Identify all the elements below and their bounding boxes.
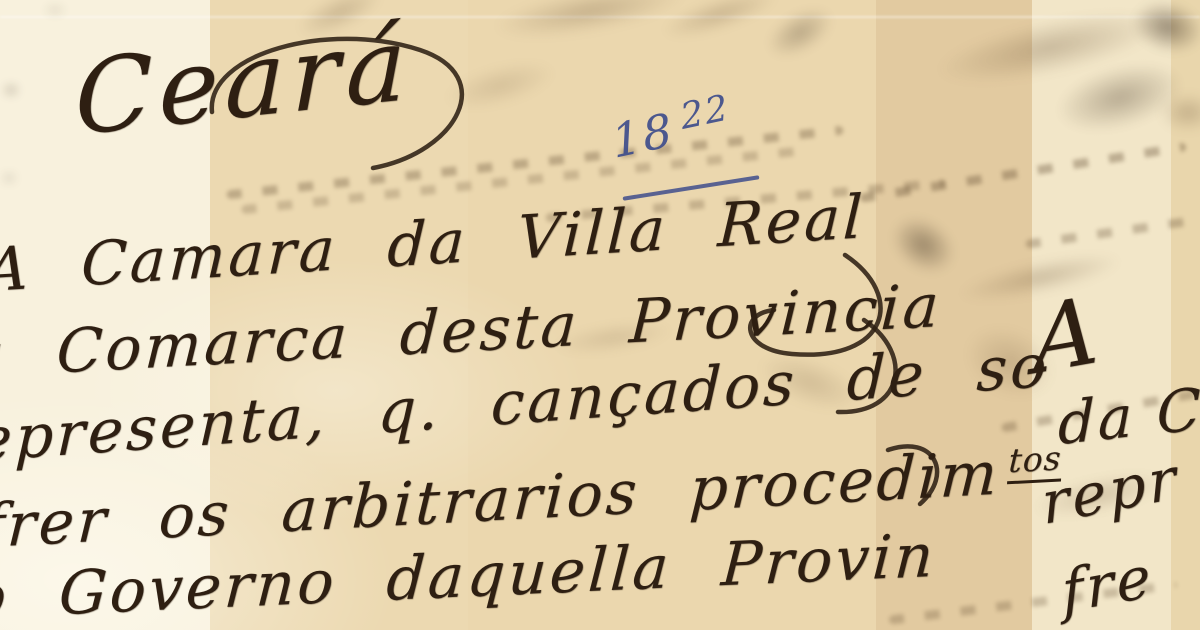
year-suffix: 22 bbox=[678, 87, 732, 138]
year-annotation: 1822 bbox=[608, 87, 735, 169]
ink-bleed-smudge bbox=[1148, 85, 1200, 140]
ink-bleed-smudge bbox=[632, 0, 807, 61]
ink-bleed-smudge bbox=[452, 0, 728, 63]
edge-ink-speck bbox=[0, 172, 18, 184]
right-page-fragment-1: A bbox=[1028, 276, 1104, 395]
ink-bleed-smudge bbox=[1111, 0, 1200, 74]
ink-bleed-dashes bbox=[1025, 216, 1195, 249]
ink-bleed-smudge bbox=[416, 38, 585, 133]
paper-crease bbox=[0, 16, 1200, 18]
ink-bleed-smudge bbox=[743, 0, 857, 81]
year-prefix: 18 bbox=[608, 102, 677, 169]
edge-ink-speck bbox=[40, 5, 70, 15]
right-page-fragment-4: fre bbox=[1060, 542, 1156, 626]
heading-ceara: Ceará bbox=[75, 4, 412, 159]
ink-bleed-dashes bbox=[859, 142, 1186, 203]
manuscript-page: Ceará 1822 A Camara da Villa Real a Coma… bbox=[0, 0, 1200, 630]
edge-ink-speck bbox=[0, 82, 22, 98]
ink-bleed-smudge bbox=[1022, 33, 1200, 162]
